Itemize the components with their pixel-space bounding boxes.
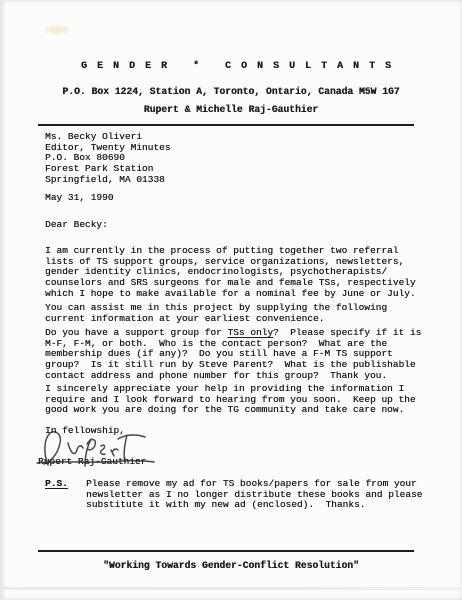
- body-paragraph-1: I am currently in the process of putting…: [45, 246, 427, 300]
- salutation: Dear Becky:: [45, 220, 108, 231]
- scanned-letter-page: GENDER * CONSULTANTS P.O. Box 1224, Stat…: [0, 0, 462, 600]
- paragraph-3-underlined-phrase: TSs only: [227, 327, 273, 338]
- handwritten-signature: [34, 427, 166, 471]
- postscript-label: P.S.: [45, 479, 68, 490]
- recipient-address-block: Ms. Becky Oliveri Editor, Twenty Minutes…: [45, 132, 170, 186]
- body-paragraph-4: I sincerely appreciate your help in prov…: [45, 384, 427, 416]
- letterhead-address: P.O. Box 1224, Station A, Toronto, Ontar…: [0, 86, 462, 97]
- letterhead-contact-names: Rupert & Michelle Raj-Gauthier: [0, 104, 462, 115]
- paragraph-3-lead: Do you have a support group for: [45, 327, 227, 338]
- footer-divider-rule: [38, 550, 414, 552]
- body-paragraph-2: You can assist me in this project by sup…: [45, 303, 427, 324]
- body-paragraph-3: Do you have a support group for TSs only…: [45, 328, 427, 382]
- scan-edge-bottom: [0, 587, 462, 590]
- scan-artifact: [44, 26, 70, 33]
- letterhead-divider-rule: [38, 124, 414, 126]
- letterhead-org-name: GENDER * CONSULTANTS: [0, 61, 462, 72]
- letter-date: May 31, 1990: [45, 193, 113, 204]
- postscript-text: Please remove my ad for TS books/papers …: [86, 479, 436, 511]
- footer-motto: "Working Towards Gender-Conflict Resolut…: [0, 560, 462, 571]
